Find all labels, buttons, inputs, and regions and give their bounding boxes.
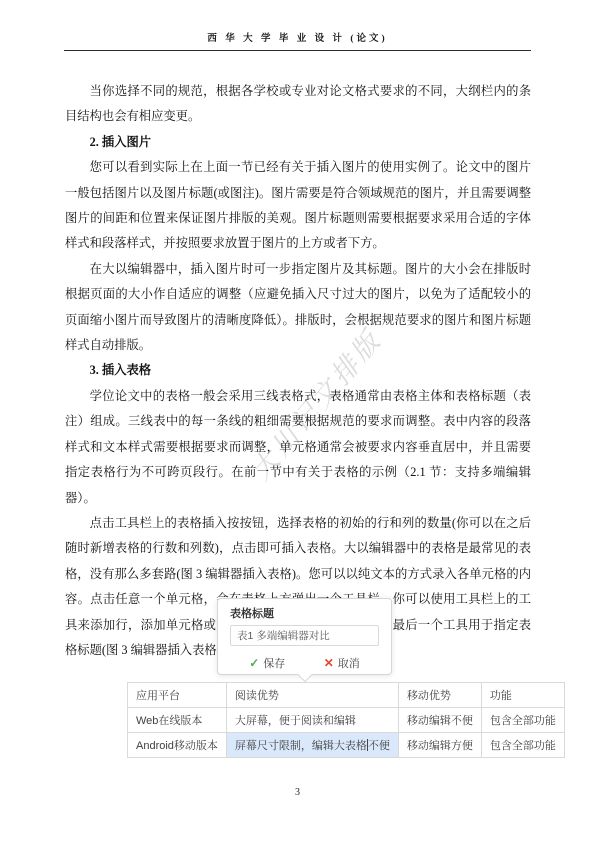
table-header-cell[interactable]: 移动优势 [398,683,481,708]
selected-table-cell[interactable]: 屏幕尺寸限制，编辑大表格不便 [226,733,398,758]
table-row: Web在线版本 大屏幕，便于阅读和编辑 移动编辑不便 包含全部功能 [128,708,565,733]
save-button-label: 保存 [263,655,285,671]
save-button[interactable]: ✓ 保存 [249,655,285,671]
selected-cell-text-after: 不便 [368,740,390,752]
paragraph-table-style: 学位论文中的表格一般会采用三线表格式，表格通常由表格主体和表格标题（表注）组成。… [65,384,531,511]
selected-cell-text-before: 屏幕尺寸限制，编辑大表格 [235,740,367,752]
paragraph-outline-change: 当你选择不同的规范，根据各学校或专业对论文格式要求的不同，大纲栏内的条目结构也会… [65,79,531,130]
table-cell[interactable]: 大屏幕，便于阅读和编辑 [226,708,398,733]
document-body: 当你选择不同的规范，根据各学校或专业对论文格式要求的不同，大纲栏内的条目结构也会… [65,79,531,663]
section-heading-insert-table: 3. 插入表格 [65,358,531,383]
check-icon: ✓ [249,656,259,670]
cancel-button[interactable]: ✕ 取消 [324,655,360,671]
page-header: 西 华 大 学 毕 业 设 计 (论文) [64,30,531,51]
close-icon: ✕ [324,656,334,670]
table-cell[interactable]: Web在线版本 [128,708,227,733]
table-cell[interactable]: Android移动版本 [128,733,227,758]
paragraph-image-sizing: 在大以编辑器中，插入图片时可一步指定图片及其标题。图片的大小会在排版时根据页面的… [65,257,531,359]
popup-title-label: 表格标题 [230,608,379,620]
comparison-table: 应用平台 阅读优势 移动优势 功能 Web在线版本 大屏幕，便于阅读和编辑 移动… [127,682,565,758]
table-caption-popup: 表格标题 ✓ 保存 ✕ 取消 [217,598,392,675]
table-header-cell[interactable]: 阅读优势 [226,683,398,708]
section-heading-insert-image: 2. 插入图片 [65,130,531,155]
page-number: 3 [0,787,595,798]
figure-editor-insert-table: 表格标题 ✓ 保存 ✕ 取消 应用平台 阅读优势 移动优势 功能 [127,598,517,763]
table-row: Android移动版本 屏幕尺寸限制，编辑大表格不便 移动编辑方便 包含全部功能 [128,733,565,758]
table-header-row: 应用平台 阅读优势 移动优势 功能 [128,683,565,708]
cancel-button-label: 取消 [338,655,360,671]
table-header-cell[interactable]: 应用平台 [128,683,227,708]
table-caption-input[interactable] [230,625,379,646]
table-cell[interactable]: 包含全部功能 [481,708,564,733]
table-cell[interactable]: 移动编辑方便 [398,733,481,758]
table-header-cell[interactable]: 功能 [481,683,564,708]
table-cell[interactable]: 移动编辑不便 [398,708,481,733]
table-cell[interactable]: 包含全部功能 [481,733,564,758]
paragraph-image-usage: 您可以看到实际上在上面一节已经有关于插入图片的使用实例了。论文中的图片一般包括图… [65,155,531,257]
page-header-title: 西 华 大 学 毕 业 设 计 (论文) [207,34,387,44]
